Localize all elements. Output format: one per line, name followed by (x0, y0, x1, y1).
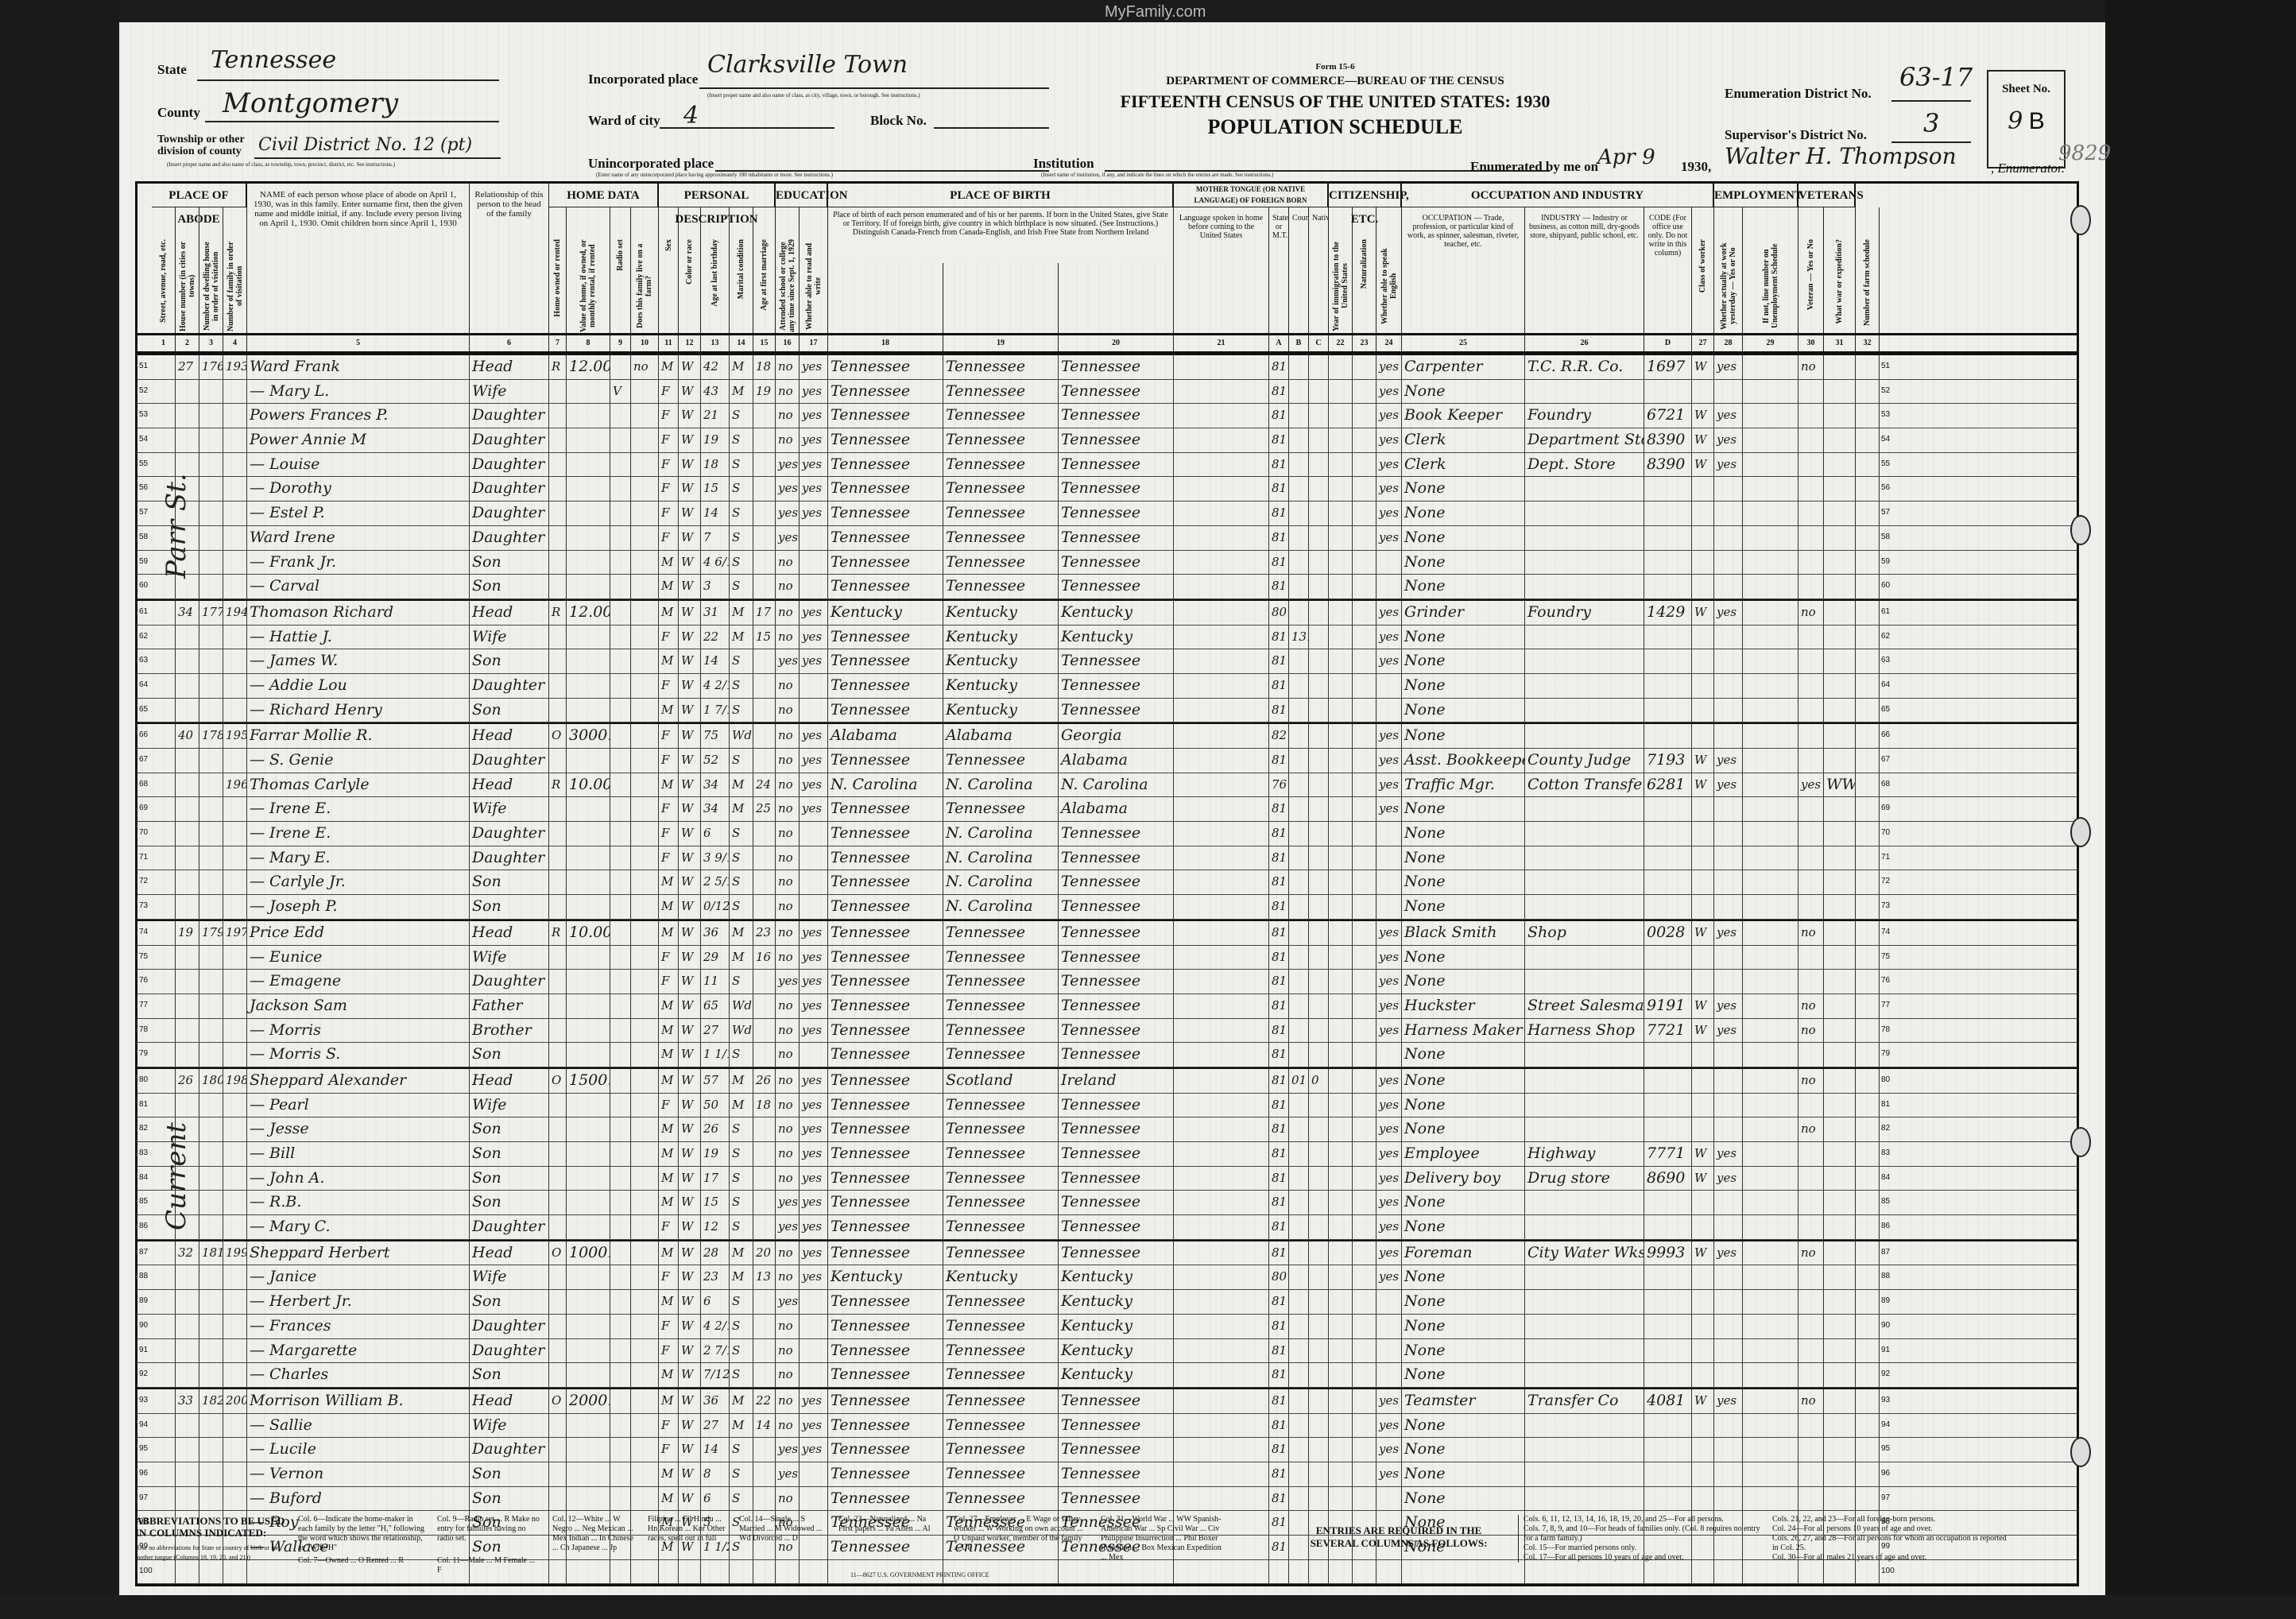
cell-english: yes (1376, 428, 1402, 452)
footer-col12b: Filipino ... Fil Hindu ... Hn Korean ...… (648, 1515, 727, 1543)
cell-codeC (1309, 526, 1329, 550)
cell-codeD: 6721 (1644, 404, 1692, 428)
cell-name: — Addie Lou (247, 674, 470, 698)
column-number: 3 (199, 335, 223, 351)
cell-occupation: Traffic Mgr. (1402, 773, 1525, 797)
column-header: Sex (659, 207, 679, 333)
cell-value (567, 970, 610, 993)
entries-4: Col. 17—For all persons 10 years of age … (1524, 1553, 1762, 1563)
cell-codeC (1309, 649, 1329, 673)
column-header: Home owned or rented (549, 207, 567, 333)
cell-street (152, 1094, 176, 1117)
cell-farmsch (1856, 870, 1880, 894)
cell-street (152, 1414, 176, 1438)
township-note: (Insert proper name and also name of cla… (167, 161, 395, 168)
cell-race: W (679, 1117, 701, 1141)
cell-lang (1174, 699, 1269, 722)
enumerator-name: Walter H. Thompson (1725, 143, 1957, 169)
column-number: 13 (701, 335, 730, 351)
cell-value (567, 1438, 610, 1462)
cell-natur (1353, 994, 1376, 1018)
cell-birth: Tennessee (828, 1487, 943, 1511)
cell-lang (1174, 551, 1269, 575)
cell-school: no (776, 601, 800, 625)
cell-codeC (1309, 870, 1329, 894)
cell-age-marr: 25 (753, 797, 776, 821)
line-number: 62 (139, 632, 148, 641)
line-number: 54 (139, 435, 148, 443)
population-schedule-table: PLACE OF ABODEHOME DATAPERSONAL DESCRIPT… (135, 181, 2079, 1586)
line-number: 76 (139, 976, 148, 985)
unincorporated-note: (Enter name of any unincorporated place … (596, 172, 833, 178)
cell-marital: M (730, 380, 753, 404)
cell-industry (1525, 649, 1644, 673)
cell-work (1714, 870, 1743, 894)
cell-tenure (549, 1315, 567, 1338)
cell-codeD (1644, 502, 1692, 525)
cell-codeA: 81 (1269, 1241, 1289, 1265)
cell-relation: Daughter (470, 1438, 549, 1462)
cell-family (223, 1094, 247, 1117)
table-row: 5757— Estel P.DaughterFW14SyesyesTenness… (137, 502, 2077, 526)
cell-mother: Kentucky (1059, 601, 1174, 625)
cell-codeD (1644, 674, 1692, 698)
cell-age: 14 (701, 1438, 730, 1462)
cell-age: 3 9/12 (701, 846, 730, 870)
cell-codeC (1309, 674, 1329, 698)
cell-school: no (776, 921, 800, 945)
cell-tenure (549, 1167, 567, 1191)
cell-class (1692, 551, 1714, 575)
cell-school: no (776, 1241, 800, 1265)
cell-father: Tennessee (943, 1215, 1059, 1239)
cell-unemp (1743, 1290, 1798, 1314)
cell-natur (1353, 1241, 1376, 1265)
cell-birth: Tennessee (828, 1363, 943, 1387)
cell-race: W (679, 1389, 701, 1413)
cell-family (223, 895, 247, 919)
cell-marital: S (730, 1462, 753, 1486)
cell-codeC (1309, 502, 1329, 525)
cell-lang (1174, 1315, 1269, 1338)
cell-read (800, 1315, 828, 1338)
cell-read: yes (800, 355, 828, 379)
cell-war (1824, 1142, 1856, 1166)
cell-family (223, 846, 247, 870)
cell-race: W (679, 749, 701, 773)
cell-father: Kentucky (943, 674, 1059, 698)
line-number: 67 (139, 755, 148, 764)
cell-farm (631, 846, 659, 870)
cell-race: W (679, 477, 701, 501)
cell-family (223, 1363, 247, 1387)
cell-natur (1353, 380, 1376, 404)
cell-read: yes (800, 1215, 828, 1239)
cell-name: Ward Irene (247, 526, 470, 550)
cell-age: 42 (701, 355, 730, 379)
cell-war (1824, 428, 1856, 452)
cell-work: yes (1714, 773, 1743, 797)
cell-codeB (1289, 870, 1309, 894)
cell-house (176, 674, 199, 698)
cell-farmsch (1856, 575, 1880, 598)
cell-school: no (776, 773, 800, 797)
cell-tenure (549, 1487, 567, 1511)
cell-war (1824, 921, 1856, 945)
line-number: 62 (1881, 632, 1890, 641)
cell-school: no (776, 1389, 800, 1413)
cell-english: yes (1376, 773, 1402, 797)
cell-immig (1329, 1043, 1353, 1067)
cell-war (1824, 1290, 1856, 1314)
cell-farmsch (1856, 846, 1880, 870)
cell-family (223, 1191, 247, 1214)
cell-birth: Tennessee (828, 822, 943, 846)
footer-col31: Col. 31—World War ... WW Spanish-America… (1101, 1515, 1228, 1563)
column-number: 6 (470, 335, 549, 351)
cell-race: W (679, 946, 701, 970)
cell-war (1824, 502, 1856, 525)
cell-lang (1174, 1043, 1269, 1067)
cell-farmsch (1856, 1215, 1880, 1239)
cell-farmsch (1856, 1389, 1880, 1413)
line-number: 87 (1881, 1248, 1890, 1257)
cell-mother: Alabama (1059, 749, 1174, 773)
cell-unemp (1743, 970, 1798, 993)
cell-radio (610, 895, 631, 919)
cell-family: 199 (223, 1241, 247, 1265)
cell-house (176, 846, 199, 870)
cell-codeB (1289, 1487, 1309, 1511)
cell-codeD (1644, 551, 1692, 575)
cell-industry (1525, 674, 1644, 698)
cell-read: yes (800, 601, 828, 625)
cell-age: 6 (701, 1487, 730, 1511)
cell-read: yes (800, 380, 828, 404)
cell-race: W (679, 649, 701, 673)
cell-war (1824, 649, 1856, 673)
cell-codeC (1309, 994, 1329, 1018)
cell-mother: Tennessee (1059, 1215, 1174, 1239)
cell-codeA: 81 (1269, 502, 1289, 525)
cell-value (567, 380, 610, 404)
cell-work (1714, 1462, 1743, 1486)
cell-race: W (679, 822, 701, 846)
cell-race: W (679, 1019, 701, 1043)
cell-class: W (1692, 601, 1714, 625)
cell-house (176, 428, 199, 452)
cell-sex: F (659, 404, 679, 428)
table-row: 9494— SallieWifeFW27M14noyesTennesseeTen… (137, 1414, 2077, 1439)
cell-war (1824, 724, 1856, 748)
cell-age: 11 (701, 970, 730, 993)
cell-dwelling (199, 1339, 223, 1363)
cell-industry (1525, 1265, 1644, 1289)
table-row: 6363— James W.SonMW14SyesyesTennesseeKen… (137, 649, 2077, 674)
cell-name: — Janice (247, 1265, 470, 1289)
cell-farm (631, 1167, 659, 1191)
cell-value: 3000. (567, 724, 610, 748)
cell-farm (631, 822, 659, 846)
cell-mother: Tennessee (1059, 1414, 1174, 1438)
cell-race: W (679, 846, 701, 870)
cell-street (152, 380, 176, 404)
cell-age-marr (753, 1019, 776, 1043)
cell-relation: Daughter (470, 404, 549, 428)
cell-natur (1353, 1315, 1376, 1338)
cell-codeB (1289, 994, 1309, 1018)
cell-codeC (1309, 1290, 1329, 1314)
table-row: 7272— Carlyle Jr.SonMW2 5/12SnoTennessee… (137, 870, 2077, 895)
cell-english: yes (1376, 970, 1402, 993)
cell-radio (610, 1043, 631, 1067)
cell-codeD (1644, 1117, 1692, 1141)
cell-street (152, 1265, 176, 1289)
cell-radio (610, 1117, 631, 1141)
cell-immig (1329, 1487, 1353, 1511)
cell-english: yes (1376, 477, 1402, 501)
cell-birth: Tennessee (828, 1094, 943, 1117)
enumeration-district-label: Enumeration District No. (1725, 86, 1872, 102)
cell-race: W (679, 1339, 701, 1363)
cell-dwelling: 181 (199, 1241, 223, 1265)
scan-border-bottom (0, 1595, 2296, 1619)
cell-natur (1353, 575, 1376, 598)
cell-codeD (1644, 724, 1692, 748)
cell-occupation: None (1402, 1069, 1525, 1093)
cell-war (1824, 1167, 1856, 1191)
cell-age: 7/12 (701, 1363, 730, 1387)
column-header: Number of family in order of visitation (223, 207, 247, 333)
cell-sex: M (659, 699, 679, 722)
cell-codeA: 81 (1269, 895, 1289, 919)
cell-race: W (679, 1191, 701, 1214)
column-number: D (1644, 335, 1692, 351)
cell-codeA: 81 (1269, 1117, 1289, 1141)
census-title: FIFTEENTH CENSUS OF THE UNITED STATES: 1… (1097, 91, 1574, 112)
cell-vet: no (1798, 1019, 1824, 1043)
cell-name: — Jesse (247, 1117, 470, 1141)
cell-mother: Tennessee (1059, 822, 1174, 846)
cell-father: N. Carolina (943, 822, 1059, 846)
table-row: 7373— Joseph P.SonMW0/12SnoTennesseeN. C… (137, 895, 2077, 920)
cell-age-marr (753, 1462, 776, 1486)
cell-vet (1798, 1414, 1824, 1438)
cell-father: Tennessee (943, 1414, 1059, 1438)
cell-family (223, 1043, 247, 1067)
cell-work (1714, 626, 1743, 649)
cell-lang (1174, 601, 1269, 625)
cell-age-marr (753, 1191, 776, 1214)
cell-industry (1525, 870, 1644, 894)
cell-age: 21 (701, 404, 730, 428)
cell-industry: Dept. Store (1525, 453, 1644, 477)
cell-father: Tennessee (943, 1241, 1059, 1265)
county-value: Montgomery (223, 87, 398, 119)
cell-codeD (1644, 1069, 1692, 1093)
cell-marital: S (730, 1315, 753, 1338)
cell-race: W (679, 626, 701, 649)
cell-vet (1798, 1265, 1824, 1289)
cell-school: no (776, 404, 800, 428)
cell-natur (1353, 846, 1376, 870)
cell-race: W (679, 1414, 701, 1438)
cell-race: W (679, 1462, 701, 1486)
cell-war (1824, 1069, 1856, 1093)
cell-read: yes (800, 477, 828, 501)
cell-tenure: R (549, 601, 567, 625)
cell-school: no (776, 1094, 800, 1117)
table-row: 8282— JesseSonMW26SnoyesTennesseeTenness… (137, 1117, 2077, 1142)
cell-marital: S (730, 1142, 753, 1166)
cell-immig (1329, 1191, 1353, 1214)
cell-marital: M (730, 1414, 753, 1438)
cell-vet: yes (1798, 773, 1824, 797)
cell-vet: no (1798, 1117, 1824, 1141)
cell-sex: M (659, 1117, 679, 1141)
cell-codeB (1289, 773, 1309, 797)
cell-sex: F (659, 428, 679, 452)
cell-family (223, 749, 247, 773)
line-number: 79 (139, 1049, 148, 1058)
cell-occupation: None (1402, 724, 1525, 748)
cell-marital: S (730, 477, 753, 501)
cell-sex: M (659, 355, 679, 379)
cell-unemp (1743, 846, 1798, 870)
incorporated-note: (Insert proper name and also name of cla… (707, 92, 920, 99)
cell-farmsch (1856, 1191, 1880, 1214)
cell-value (567, 1019, 610, 1043)
cell-birth: Tennessee (828, 1191, 943, 1214)
cell-dwelling (199, 994, 223, 1018)
cell-sex: M (659, 1389, 679, 1413)
cell-vet (1798, 1487, 1824, 1511)
cell-father: Tennessee (943, 477, 1059, 501)
cell-codeB (1289, 1117, 1309, 1141)
cell-radio (610, 749, 631, 773)
cell-codeA: 81 (1269, 1414, 1289, 1438)
cell-marital: M (730, 921, 753, 945)
cell-industry (1525, 1117, 1644, 1141)
cell-immig (1329, 946, 1353, 970)
column-header: State or M.T. (1269, 207, 1289, 333)
column-header: NAME of each person whose place of abode… (247, 184, 470, 333)
cell-school: no (776, 994, 800, 1018)
cell-unemp (1743, 1265, 1798, 1289)
cell-dwelling (199, 1290, 223, 1314)
cell-relation: Head (470, 355, 549, 379)
column-header: Year of immigration to the United States (1329, 207, 1353, 333)
cell-radio (610, 626, 631, 649)
cell-radio (610, 551, 631, 575)
cell-radio (610, 1191, 631, 1214)
cell-industry (1525, 1363, 1644, 1387)
cell-age-marr: 24 (753, 773, 776, 797)
cell-codeB (1289, 1414, 1309, 1438)
cell-name: — Irene E. (247, 797, 470, 821)
cell-english (1376, 1315, 1402, 1338)
table-row: 7777Jackson SamFatherMW65WdnoyesTennesse… (137, 994, 2077, 1019)
cell-codeB (1289, 699, 1309, 722)
cell-radio (610, 428, 631, 452)
cell-farm (631, 1215, 659, 1239)
cell-english: yes (1376, 1019, 1402, 1043)
cell-class (1692, 870, 1714, 894)
cell-codeD: 1697 (1644, 355, 1692, 379)
cell-farm (631, 1462, 659, 1486)
cell-school: no (776, 355, 800, 379)
cell-lang (1174, 970, 1269, 993)
cell-read: yes (800, 994, 828, 1018)
line-number: 71 (1881, 853, 1890, 862)
cell-codeA: 81 (1269, 1389, 1289, 1413)
cell-unemp (1743, 946, 1798, 970)
cell-value: 1500. (567, 1069, 610, 1093)
cell-occupation: Black Smith (1402, 921, 1525, 945)
cell-farmsch (1856, 1019, 1880, 1043)
cell-value (567, 749, 610, 773)
cell-house (176, 1290, 199, 1314)
cell-industry (1525, 477, 1644, 501)
cell-age-marr (753, 870, 776, 894)
cell-race: W (679, 1215, 701, 1239)
cell-lang (1174, 477, 1269, 501)
cell-natur (1353, 1142, 1376, 1166)
cell-street (152, 1069, 176, 1093)
cell-work (1714, 1265, 1743, 1289)
cell-house (176, 1094, 199, 1117)
cell-dwelling (199, 1215, 223, 1239)
cell-age: 34 (701, 797, 730, 821)
cell-vet (1798, 477, 1824, 501)
cell-lang (1174, 1069, 1269, 1093)
cell-war (1824, 1265, 1856, 1289)
cell-sex: M (659, 1462, 679, 1486)
column-header: Naturalization (1353, 207, 1376, 333)
cell-value (567, 1339, 610, 1363)
cell-work (1714, 1043, 1743, 1067)
cell-immig (1329, 551, 1353, 575)
cell-occupation: None (1402, 1215, 1525, 1239)
cell-sex: F (659, 1438, 679, 1462)
cell-codeB (1289, 921, 1309, 945)
cell-value (567, 404, 610, 428)
cell-tenure (549, 1191, 567, 1214)
cell-vet: no (1798, 921, 1824, 945)
cell-family (223, 477, 247, 501)
cell-tenure (549, 1363, 567, 1387)
cell-war (1824, 749, 1856, 773)
cell-name: — Frank Jr. (247, 551, 470, 575)
block-label: Block No. (870, 113, 927, 129)
line-number: 90 (139, 1321, 148, 1330)
cell-work (1714, 1414, 1743, 1438)
cell-marital: S (730, 1191, 753, 1214)
cell-work (1714, 1215, 1743, 1239)
cell-read (800, 895, 828, 919)
cell-codeA: 81 (1269, 453, 1289, 477)
cell-radio (610, 970, 631, 993)
cell-codeB (1289, 724, 1309, 748)
cell-school: yes (776, 649, 800, 673)
cell-age: 6 (701, 1290, 730, 1314)
cell-family (223, 551, 247, 575)
cell-family (223, 1215, 247, 1239)
cell-family (223, 1167, 247, 1191)
cell-occupation: None (1402, 946, 1525, 970)
cell-sex: M (659, 601, 679, 625)
cell-codeD (1644, 526, 1692, 550)
